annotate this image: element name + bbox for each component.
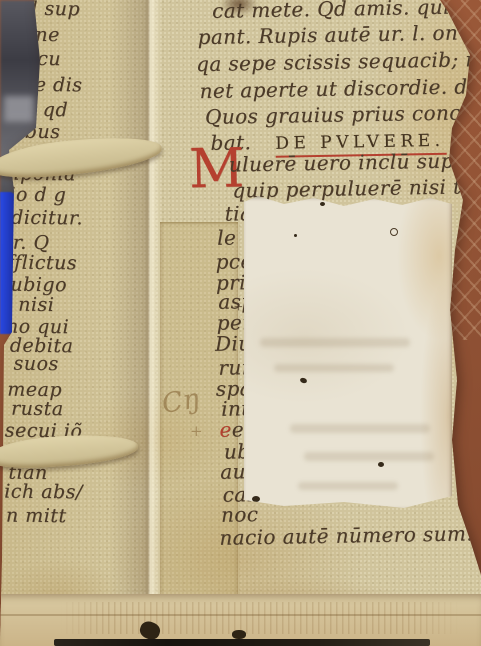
quire-mark: Cŋ bbox=[160, 383, 203, 420]
worm-hole bbox=[294, 234, 297, 237]
ghost-text-smudge bbox=[290, 424, 430, 433]
text-line: pant. Rupis autē ur. l. on bbox=[197, 23, 458, 48]
text-line: uluerē uero inclū sup cap bbox=[229, 150, 481, 175]
bottom-text-line: nacio autē nūmero sum. u bbox=[219, 523, 481, 548]
worm-hole bbox=[252, 496, 260, 502]
quire-cross-mark: + bbox=[190, 422, 203, 440]
worm-hole bbox=[320, 202, 325, 206]
ghost-text-smudge bbox=[274, 364, 394, 372]
dark-hole bbox=[232, 630, 246, 639]
worm-hole bbox=[378, 462, 384, 467]
text-line: qa sepe scissis sequacib; mali bbox=[196, 49, 481, 74]
manuscript-photo: d sup ã ne ó cu Ae dis at qd nbus iponia… bbox=[0, 0, 481, 646]
parchment-leaf: d sup ã ne ó cu Ae dis at qd nbus iponia… bbox=[0, 0, 481, 646]
faint-miniature-text bbox=[60, 602, 460, 634]
manuscript-book: d sup ã ne ó cu Ae dis at qd nbus iponia… bbox=[0, 0, 481, 646]
ink-ring-spot bbox=[390, 228, 398, 236]
ghost-text-smudge bbox=[304, 452, 434, 461]
red-initial-e: e bbox=[219, 418, 232, 442]
text-line: net aperte ut discordie. doli. bbox=[199, 76, 481, 101]
worm-hole bbox=[299, 377, 307, 384]
stub-line: noc bbox=[221, 504, 259, 525]
text-line: quip perpuluerē nisi ter bbox=[232, 176, 481, 200]
fold-line bbox=[0, 614, 481, 616]
pasted-patch bbox=[244, 196, 452, 508]
text-line: cat mete. Qd amis. qui uieni bbox=[212, 0, 481, 21]
ghost-text-smudge bbox=[298, 482, 398, 490]
bottom-dark-edge bbox=[54, 639, 430, 646]
text-line: Quos grauius prius concordie bbox=[205, 102, 481, 127]
ghost-text-smudge bbox=[260, 338, 410, 347]
